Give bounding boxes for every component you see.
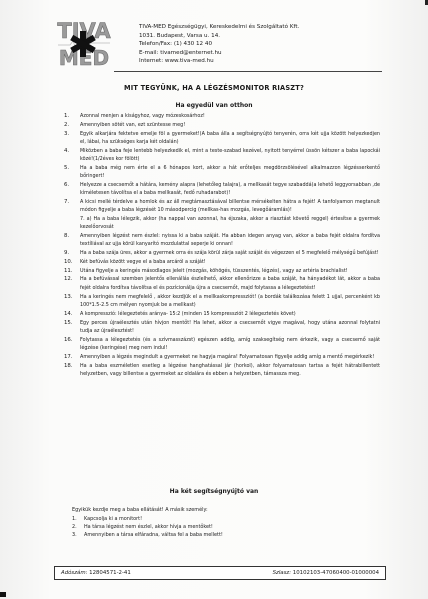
tax-value: 12804571-2-41 — [89, 570, 131, 576]
company-email: E-mail: tivamed@enternet.hu — [139, 49, 299, 58]
list-item: 8.Amennyiben légzést nem észlel: nyissa … — [64, 232, 380, 248]
account-label: Szlasz: — [273, 570, 292, 576]
company-web: Internet: www.tiva-med.hu — [139, 57, 299, 66]
section2-steps: 1.Kapcsolja ki a monitort! 2.Ha társa lé… — [72, 515, 223, 539]
document-title: MIT TEGYÜNK, HA A LÉGZÉSMONITOR RIASZT? — [0, 84, 428, 92]
tax-number: Adószám: 12804571-2-41 — [61, 567, 131, 579]
section1-steps: 1.Azonnal menjen a kiságyhoz, vagy mózes… — [64, 112, 380, 379]
scanned-page: TIVA MED TIVA-MED Egészségügyi, Keresked… — [0, 0, 428, 599]
letterhead: TIVA MED TIVA-MED Egészségügyi, Keresked… — [56, 17, 382, 73]
list-item: 1.Azonnal menjen a kiságyhoz, vagy mózes… — [64, 112, 380, 120]
account-value: 10102103-47060400-01000004 — [293, 570, 379, 576]
scan-artifact — [0, 592, 6, 597]
list-item-subnote: 7. a) Ha a baba lélegzik, akkor (ha napp… — [80, 215, 380, 231]
list-item: 3.Amennyiben a társa elfáradna, váltsa f… — [72, 531, 223, 539]
list-item: 2.Amennyiben sötét van, ezt szüntesse me… — [64, 121, 380, 129]
list-item: 9.Ha a baba szája üres, akkor a gyermek … — [64, 249, 380, 257]
section1-heading: Ha egyedül van otthon — [0, 102, 428, 109]
footer-box: Adószám: 12804571-2-41 Szlasz: 10102103-… — [54, 566, 386, 580]
company-info: TIVA-MED Egészségügyi, Kereskedelmi és S… — [139, 23, 299, 66]
list-item: 3.Egyik alkarjára fektetve emelje föl a … — [64, 130, 380, 146]
list-item: 14.A kompresszió: lélegeztetés aránya- 1… — [64, 310, 380, 318]
company-name: TIVA-MED Egészségügyi, Kereskedelmi és S… — [139, 23, 299, 32]
list-item: 16.Folytassa a lélegeztetés (és a szívma… — [64, 336, 380, 352]
list-item: 10.Két befúvás között vegye el a baba ar… — [64, 258, 380, 266]
bank-account: Szlasz: 10102103-47060400-01000004 — [273, 567, 379, 579]
list-item: 17.Amennyiben a légzés megindult a gyerm… — [64, 353, 380, 361]
section2-heading: Ha két segítségnyújtó van — [0, 488, 428, 495]
header-divider — [114, 71, 382, 72]
company-address: 1031. Budapest, Varsa u. 14. — [139, 32, 299, 41]
list-item: 4.Miközben a baba feje lentebb helyezked… — [64, 147, 380, 163]
list-item: 7.A kicsi mellé térdelve a homlok és az … — [64, 198, 380, 231]
list-item: 5.Ha a baba még nem érte el a 6 hónapos … — [64, 164, 380, 180]
company-phone: Telefon/Fax: (1) 430 12 40 — [139, 40, 299, 49]
list-item: 2.Ha társa légzést nem észlel, akkor hív… — [72, 523, 223, 531]
list-item: 11.Utána figyelje a keringés másodlagos … — [64, 267, 380, 275]
list-item: 6.Helyezze a csecsemőt a hátára, kemény … — [64, 181, 380, 197]
section2-intro: Egyikük kezdje meg a baba ellátását! A m… — [72, 507, 208, 513]
list-item: 15.Egy perces újraélesztés után hívjon m… — [64, 319, 380, 335]
list-item: 18.Ha a baba eszméletlen esetleg a légzé… — [64, 362, 380, 378]
list-item: 1.Kapcsolja ki a monitort! — [72, 515, 223, 523]
list-item: 12.Ha a befúvással szemben jelentős elle… — [64, 275, 380, 291]
list-item: 13.Ha a keringés nem megfelelő , akkor k… — [64, 293, 380, 309]
tax-label: Adószám: — [61, 570, 87, 576]
tiva-med-logo: TIVA MED — [56, 17, 112, 69]
